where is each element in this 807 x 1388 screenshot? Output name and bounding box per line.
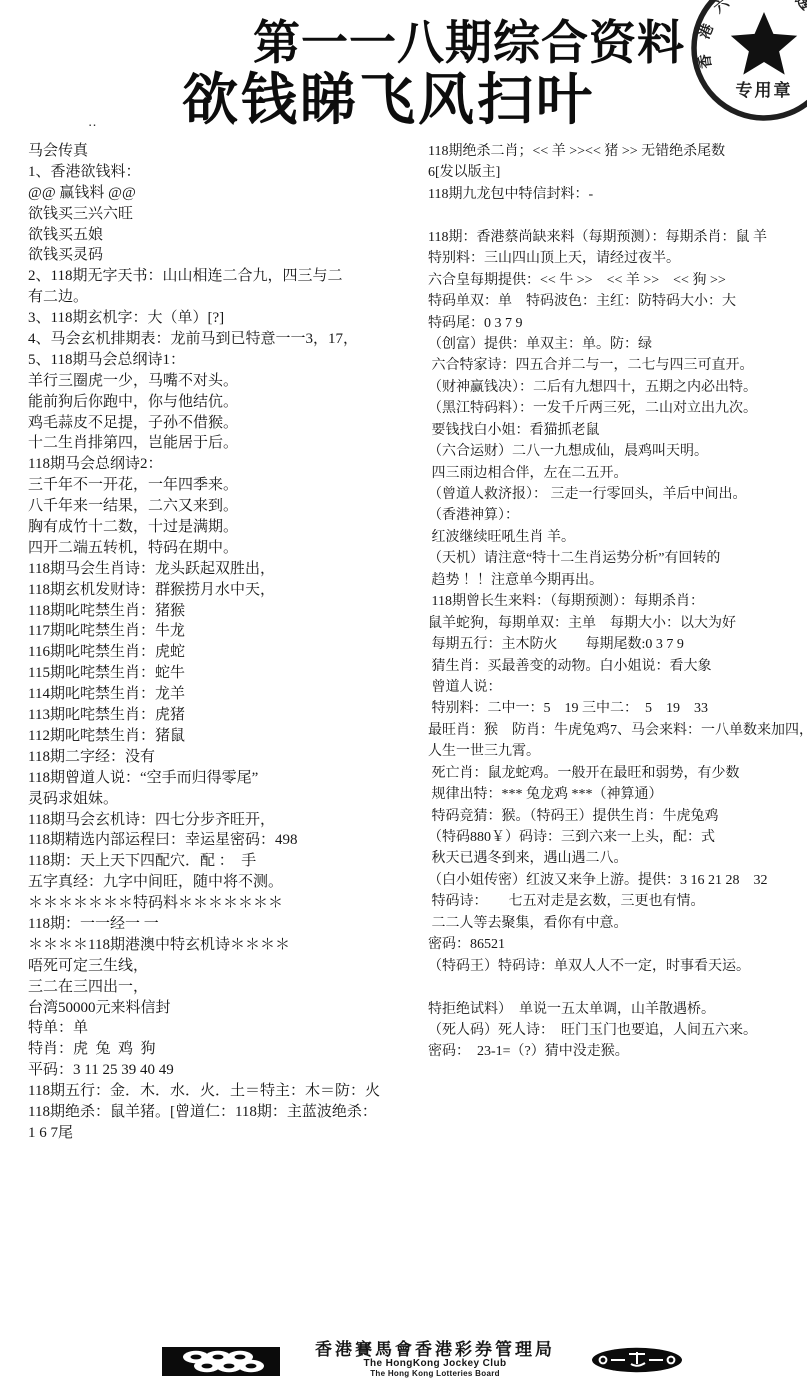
- text-line: 118期叱咤禁生肖：猪猴: [28, 601, 420, 622]
- footer-organization: 香港賽馬會香港彩券管理局 The HongKong Jockey Club Th…: [295, 1341, 575, 1378]
- text-line: 118期曾道人说：“空手而归得零尾”: [28, 768, 420, 789]
- text-line: 特拒绝试料） 单说一五太单调，山羊散遇桥。: [428, 999, 807, 1020]
- text-line: 五字真经：九字中间旺，随中将不测。: [28, 872, 420, 893]
- text-line: 特单：单: [28, 1018, 420, 1039]
- text-line: （特码880￥）码诗：三到六来一上头，配：式: [428, 827, 807, 848]
- text-line: 能前狗后你跑中，你与他结伉。: [28, 392, 420, 413]
- text-line: 三千年不一开花，一年四季来。: [28, 475, 420, 496]
- text-line: 特码尾：0 3 7 9: [428, 313, 807, 334]
- text-line: 最旺肖：猴 防肖：牛虎兔鸡7、马会来料：一八单数来加四，: [428, 720, 807, 741]
- text-line: 特码竞猜：猴。（特码王）提供生肖：牛虎兔鸡: [428, 806, 807, 827]
- text-line: 猜生肖：买最善变的动物。白小姐说：看大象: [428, 656, 807, 677]
- text-line: （曾道人救济报）： 三走一行零回头，羊后中间出。: [428, 484, 807, 505]
- org-subname-english: The Hong Kong Lotteries Board: [295, 1369, 575, 1378]
- text-line: 118期：天上天下四配穴．配 ： 手: [28, 851, 420, 872]
- text-line: 规律出特：*** 兔龙鸡 ***（神算通）: [428, 784, 807, 805]
- text-line: （特码王）特码诗：单双人人不一定，时事看天运。: [428, 956, 807, 977]
- page-subtitle: 欲钱睇飞风扫叶: [182, 56, 595, 136]
- text-line: 6[发以版主]: [428, 162, 807, 183]
- text-line: 死亡肖：鼠龙蛇鸡。一般开在最旺和弱势，有少数: [428, 763, 807, 784]
- text-line: 胸有成竹十二数，十过是满期。: [28, 517, 420, 538]
- star-icon: [731, 12, 797, 75]
- text-line: 欲钱买三兴六旺: [28, 204, 420, 225]
- stamp-graphic: 香港六合彩透码日报社 专用章: [688, 0, 807, 124]
- text-line: 要钱找白小姐：看猫抓老鼠: [428, 420, 807, 441]
- text-line: 三二在三四出一，: [28, 977, 420, 998]
- text-line: 每期五行：主木防火 每期尾数:0 3 7 9: [428, 634, 807, 655]
- text-line: 羊行三圈虎一少，马嘴不对头。: [28, 371, 420, 392]
- text-line: 118期玄机发财诗：群猴捞月水中天，: [28, 580, 420, 601]
- text-line: 118期绝杀：鼠羊猪。[曾道仁：118期：主蓝波绝杀：: [28, 1102, 420, 1123]
- text-line: 四开二端五转机，特码在期中。: [28, 538, 420, 559]
- text-line: 118期绝杀二肖；<< 羊 >><< 猪 >> 无错绝杀尾数: [428, 141, 807, 162]
- text-line: 密码：86521: [428, 934, 807, 955]
- text-line: 4、马会玄机排期表：龙前马到已特意一一3，17，: [28, 329, 420, 350]
- text-line: 四三雨边相合伴，左在二五开。: [428, 463, 807, 484]
- interlocked-rings-icon: [162, 1347, 280, 1376]
- text-line: 118期九龙包中特信封料：-: [428, 184, 807, 205]
- scanned-lottery-sheet: { "header": { "title_line1": "第一一八期综合资料"…: [0, 0, 807, 1388]
- text-line: 特肖：虎 兔 鸡 狗: [28, 1039, 420, 1060]
- left-text-column: 马会传真1、香港欲钱料：@@ 赢钱料 @@欲钱买三兴六旺欲钱买五娘欲钱买灵码2、…: [28, 141, 420, 1144]
- text-line: （财神赢钱决）：二后有九想四十，五期之内必出特。: [428, 377, 807, 398]
- text-line: 红波继续旺吼生肖 羊。: [428, 527, 807, 548]
- text-line: ＊＊＊＊＊＊＊特码料＊＊＊＊＊＊＊: [28, 893, 420, 914]
- text-line: 118期：香港蔡尚缺来料（每期预测）：每期杀肖：鼠 羊: [428, 227, 807, 248]
- text-line: [428, 977, 807, 998]
- text-line: 八千年来一结果，二六又来到。: [28, 496, 420, 517]
- text-line: 3、118期玄机字：大（单）[?]: [28, 308, 420, 329]
- jockey-club-logo: [162, 1347, 280, 1381]
- right-text-column: 118期绝杀二肖；<< 羊 >><< 猪 >> 无错绝杀尾数6[发以版主]118…: [428, 141, 807, 1063]
- text-line: 趋势 ！！注意单今期再出。: [428, 570, 807, 591]
- text-line: 114期叱咤禁生肖：龙羊: [28, 684, 420, 705]
- text-line: 117期叱咤禁生肖：牛龙: [28, 621, 420, 642]
- oval-brand-logo: [591, 1347, 683, 1378]
- text-line: 118期马会总纲诗2：: [28, 454, 420, 475]
- text-line: （六合运财）二八一九想成仙，晨鸡叫天明。: [428, 441, 807, 462]
- text-line: 六合皇每期提供：<< 牛 >> << 羊 >> << 狗 >>: [428, 270, 807, 291]
- text-line: 118期二字经：没有: [28, 747, 420, 768]
- text-line: @@ 赢钱料 @@: [28, 183, 420, 204]
- text-line: 唔死可定三生线，: [28, 956, 420, 977]
- text-line: （白小姐传密）红波又来争上游。提供：3 16 21 28 32: [428, 870, 807, 891]
- text-line: 有二边。: [28, 287, 420, 308]
- text-line: 112期叱咤禁生肖：猪鼠: [28, 726, 420, 747]
- text-line: 鼠羊蛇狗，每期单双：主单 每期大小：以大为好: [428, 613, 807, 634]
- text-line: 118期：一一经一 一: [28, 914, 420, 935]
- text-line: 曾道人说：: [428, 677, 807, 698]
- text-line: 118期曾长生来料：（每期预测）：每期杀肖：: [428, 591, 807, 612]
- text-line: 特码单双：单 特码波色：主红：防特码大小：大: [428, 291, 807, 312]
- text-line: 115期叱咤禁生肖：蛇牛: [28, 663, 420, 684]
- official-stamp: 香港六合彩透码日报社 专用章: [688, 0, 807, 124]
- text-line: ＊＊＊＊118期港澳中特玄机诗＊＊＊＊: [28, 935, 420, 956]
- text-line: （死人码）死人诗： 旺门玉门也要追，人间五六来。: [428, 1020, 807, 1041]
- org-name-english: The HongKong Jockey Club: [295, 1359, 575, 1369]
- text-line: 特别料：二中一：5 19 三中二： 5 19 33: [428, 698, 807, 719]
- oval-logo-icon: [591, 1347, 683, 1373]
- text-line: 秋天已遇冬到来，遇山遇二八。: [428, 848, 807, 869]
- text-line: 5、118期马会总纲诗1：: [28, 350, 420, 371]
- org-name-chinese: 香港賽馬會香港彩券管理局: [295, 1341, 575, 1359]
- text-line: 灵码求姐妹。: [28, 789, 420, 810]
- text-line: 密码： 23-1=（?）猜中没走猴。: [428, 1041, 807, 1062]
- text-line: 1、香港欲钱料：: [28, 162, 420, 183]
- text-line: 118期精选内部运程曰：幸运星密码：498: [28, 830, 420, 851]
- text-line: 人生一世三九霄。: [428, 741, 807, 762]
- text-line: 六合特家诗：四五合并二与一，二七与四三可直开。: [428, 355, 807, 376]
- text-line: 欲钱买灵码: [28, 245, 420, 266]
- text-line: 平码：3 11 25 39 40 49: [28, 1060, 420, 1081]
- text-line: 欲钱买五娘: [28, 225, 420, 246]
- text-line: 二二人等去聚集，看你有中意。: [428, 913, 807, 934]
- text-line: 118期马会玄机诗：四七分步齐旺开，: [28, 810, 420, 831]
- text-line: 特别料：三山四山顶上天，请经过夜半。: [428, 248, 807, 269]
- text-line: （天机）请注意“特十二生肖运势分析”有回转的: [428, 548, 807, 569]
- text-line: （创富）提供：单双主：单。防：绿: [428, 334, 807, 355]
- text-line: （黑江特码料）：一发千斤两三死，二山对立出九次。: [428, 398, 807, 419]
- text-line: 台湾50000元来料信封: [28, 998, 420, 1019]
- text-line: 113期叱咤禁生肖：虎猪: [28, 705, 420, 726]
- text-line: 马会传真: [28, 141, 420, 162]
- text-line: 118期马会生肖诗：龙头跃起双胜出，: [28, 559, 420, 580]
- text-line: 特码诗： 七五对走是玄数，三更也有情。: [428, 891, 807, 912]
- text-line: 2、118期无字天书：山山相连二合九，四三与二: [28, 266, 420, 287]
- text-line: 十二生肖排第四，岂能居于后。: [28, 433, 420, 454]
- text-line: 1 6 7尾: [28, 1123, 420, 1144]
- text-line: 鸡毛蒜皮不足提，子孙不借猴。: [28, 413, 420, 434]
- header-dots: ‥: [88, 114, 101, 130]
- text-line: 118期五行：金．木．水．火．土＝特主：木＝防：火: [28, 1081, 420, 1102]
- text-line: （香港神算）：: [428, 505, 807, 526]
- text-line: 116期叱咤禁生肖：虎蛇: [28, 642, 420, 663]
- text-line: [428, 205, 807, 226]
- stamp-center-label: 专用章: [736, 80, 793, 100]
